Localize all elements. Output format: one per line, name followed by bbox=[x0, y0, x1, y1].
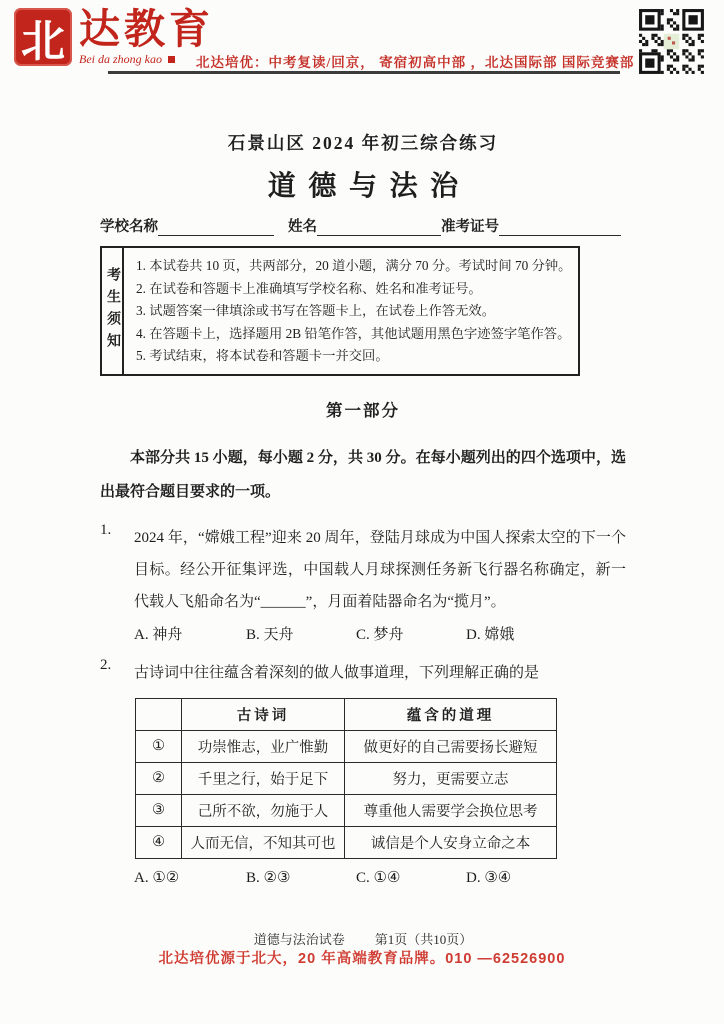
table-cell: ① bbox=[136, 730, 182, 762]
table-cell: 做更好的自己需要扬长避短 bbox=[345, 730, 557, 762]
option-a: A. ①② bbox=[134, 868, 246, 887]
table-row: ④ 人而无信，不知其可也 诚信是个人安身立命之本 bbox=[136, 826, 557, 858]
table-cell: 尊重他人需要学会换位思考 bbox=[345, 794, 557, 826]
seal-icon: 北 bbox=[14, 8, 72, 66]
footer-page-number: 第1页（共10页） bbox=[375, 929, 473, 948]
notice-item: 2. 在试卷和答题卡上准确填写学校名称、姓名和准考证号。 bbox=[136, 278, 571, 301]
table-cell: 己所不欲，勿施于人 bbox=[182, 794, 345, 826]
brand-subtext: Bei da zhong kao bbox=[79, 52, 162, 67]
table-cell: 千里之行，始于足下 bbox=[182, 762, 345, 794]
exam-title: 道德与法治 bbox=[100, 164, 626, 204]
option-d: D. 嫦娥 bbox=[466, 623, 576, 644]
table-cell: ③ bbox=[136, 794, 182, 826]
header-tagline: 北达培优：中考复读/回京， 寄宿初高中部 ，北达国际部 国际竞赛部 bbox=[196, 51, 634, 71]
table-row: ① 功崇惟志，业广惟勤 做更好的自己需要扬长避短 bbox=[136, 730, 557, 762]
name-field-blank bbox=[317, 221, 441, 236]
notice-item: 1. 本试卷共 10 页，共两部分，20 道小题，满分 70 分。考试时间 70… bbox=[136, 255, 571, 278]
option-c: C. 梦舟 bbox=[356, 623, 466, 644]
question-number: 1. bbox=[100, 522, 134, 618]
part1-heading: 第一部分 bbox=[100, 397, 626, 421]
notice-item: 5. 考试结束，将本试卷和答题卡一并交回。 bbox=[136, 345, 571, 368]
table-cell: 努力，更需要立志 bbox=[345, 762, 557, 794]
notice-side-label: 考生须知 bbox=[102, 248, 124, 374]
table-cell: 人而无信，不知其可也 bbox=[182, 826, 345, 858]
option-a: A. 神舟 bbox=[134, 623, 246, 644]
question-text: 古诗词中往往蕴含着深刻的做人做事道理，下列理解正确的是 bbox=[134, 657, 626, 689]
paper-body: 石景山区 2024 年初三综合练习 道德与法治 学校名称 姓名 准考证号 考生须… bbox=[100, 130, 626, 948]
table-cell: 功崇惟志，业广惟勤 bbox=[182, 730, 345, 762]
table-row: ③ 己所不欲，勿施于人 尊重他人需要学会换位思考 bbox=[136, 794, 557, 826]
option-b: B. ②③ bbox=[246, 868, 356, 887]
brand-marker-icon bbox=[168, 56, 175, 63]
question-1: 1. 2024 年，“嫦娥工程”迎来 20 周年，登陆月球成为中国人探索太空的下… bbox=[100, 522, 626, 618]
table-cell: 诚信是个人安身立命之本 bbox=[345, 826, 557, 858]
table-header-cell: 古诗词 bbox=[182, 698, 345, 730]
notice-box: 考生须知 1. 本试卷共 10 页，共两部分，20 道小题，满分 70 分。考试… bbox=[100, 246, 580, 376]
page-footer: 道德与法治试卷 第1页（共10页） bbox=[100, 929, 626, 948]
student-fields: 学校名称 姓名 准考证号 bbox=[100, 215, 626, 236]
question-2: 2. 古诗词中往往蕴含着深刻的做人做事道理，下列理解正确的是 bbox=[100, 657, 626, 689]
brand-logo: 北 达教育 Bei da zhong kao bbox=[14, 8, 214, 67]
question-number: 2. bbox=[100, 657, 134, 689]
question-1-options: A. 神舟 B. 天舟 C. 梦舟 D. 嫦娥 bbox=[134, 623, 626, 644]
table-cell: ② bbox=[136, 762, 182, 794]
ticket-field-label: 准考证号 bbox=[441, 215, 499, 236]
table-row: ② 千里之行，始于足下 努力，更需要立志 bbox=[136, 762, 557, 794]
school-field-label: 学校名称 bbox=[100, 215, 158, 236]
question-2-options: A. ①② B. ②③ C. ①④ D. ③④ bbox=[134, 868, 626, 887]
table-header-cell: 蕴含的道理 bbox=[345, 698, 557, 730]
notice-item: 3. 试题答案一律填涂或书写在答题卡上，在试卷上作答无效。 bbox=[136, 300, 571, 323]
school-field-blank bbox=[158, 221, 274, 236]
brand-text: 达教育 bbox=[79, 8, 214, 50]
footer-doc-name: 道德与法治试卷 bbox=[254, 929, 345, 948]
exam-page: 北 达教育 Bei da zhong kao 北达培优：中考复读/回京， 寄宿初… bbox=[0, 0, 724, 1024]
exam-subtitle: 石景山区 2024 年初三综合练习 bbox=[100, 130, 626, 155]
notice-item: 4. 在答题卡上，选择题用 2B 铅笔作答，其他试题用黑色字迹签字笔作答。 bbox=[136, 323, 571, 346]
option-b: B. 天舟 bbox=[246, 623, 356, 644]
part1-intro: 本部分共 15 小题，每小题 2 分，共 30 分。在每小题列出的四个选项中，选… bbox=[100, 441, 626, 509]
promo-footer: 北达培优源于北大，20 年高端教育品牌。010 —62526900 bbox=[0, 947, 724, 968]
question-text: 2024 年，“嫦娥工程”迎来 20 周年，登陆月球成为中国人探索太空的下一个目… bbox=[134, 522, 626, 618]
header-rule bbox=[108, 71, 620, 74]
ticket-field-blank bbox=[499, 221, 621, 236]
name-field-label: 姓名 bbox=[288, 215, 317, 236]
table-header-cell bbox=[136, 698, 182, 730]
qr-code bbox=[636, 8, 708, 76]
table-cell: ④ bbox=[136, 826, 182, 858]
q2-table: 古诗词 蕴含的道理 ① 功崇惟志，业广惟勤 做更好的自己需要扬长避短 ② 千里之… bbox=[135, 698, 557, 859]
notice-side-label-text: 考生须知 bbox=[102, 267, 122, 355]
option-c: C. ①④ bbox=[356, 868, 466, 887]
option-d: D. ③④ bbox=[466, 868, 576, 887]
